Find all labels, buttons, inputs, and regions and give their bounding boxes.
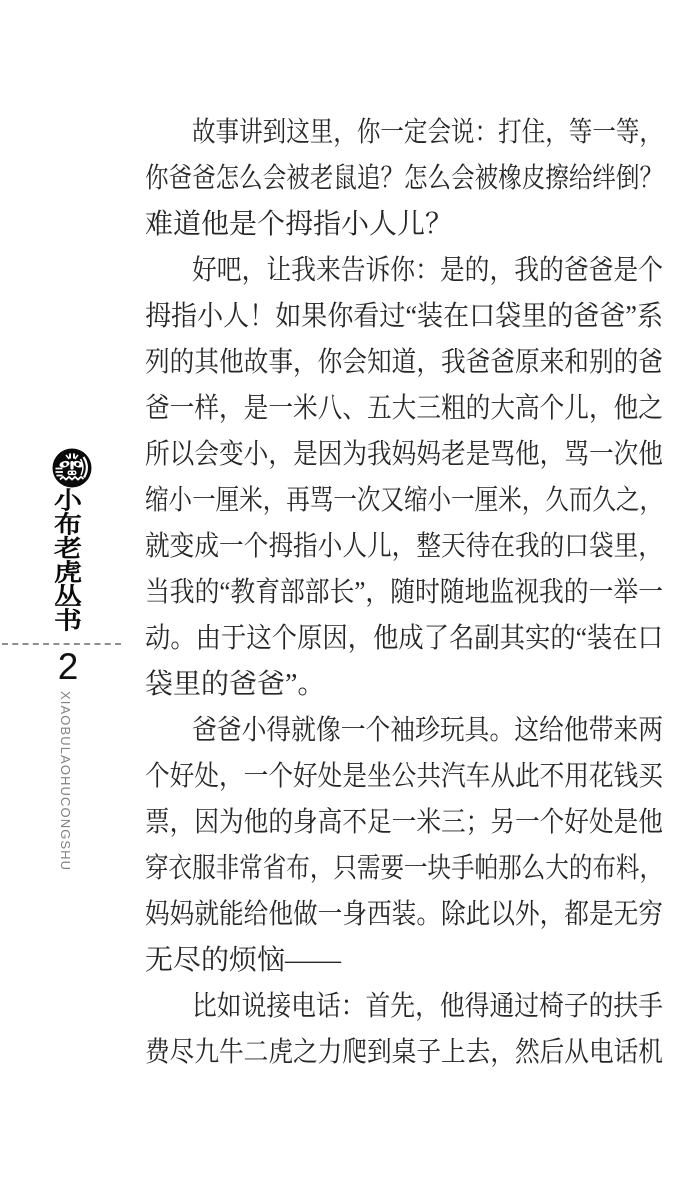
dashed-divider	[2, 643, 121, 645]
text-line: 缩小一厘米，再骂一次又缩小一厘米，久而久之，	[145, 478, 663, 524]
text-line: 穿衣服非常省布，只需要一块手帕那么大的布料，	[145, 846, 663, 892]
text-line: 费尽九牛二虎之力爬到桌子上去，然后从电话机	[145, 1030, 663, 1076]
series-title-char: 书	[42, 610, 94, 633]
series-title-char: 布	[42, 514, 94, 537]
series-romanized-title: XIAOBULAOHUCONGSHU	[58, 691, 73, 851]
text-line-content: 穿衣服非常省布，只需要一块手帕那么大的布料，	[145, 846, 663, 892]
text-line-content: 无尽的烦恼——	[145, 938, 341, 984]
text-line-content: 爸爸小得就像一个袖珍玩具。这给他带来两	[192, 708, 663, 754]
text-line: 个好处，一个好处是坐公共汽车从此不用花钱买	[145, 754, 663, 800]
text-line: 列的其他故事，你会知道，我爸爸原来和别的爸	[145, 340, 663, 386]
series-title-char: 小	[42, 490, 94, 513]
text-line-content: 袋里的爸爸”。	[145, 662, 325, 708]
text-line: 爸爸小得就像一个袖珍玩具。这给他带来两	[145, 708, 663, 754]
text-line: 票，因为他的身高不足一米三；另一个好处是他	[145, 800, 663, 846]
text-line-content: 费尽九牛二虎之力爬到桌子上去，然后从电话机	[145, 1030, 663, 1076]
text-line: 就变成一个拇指小人儿，整天待在我的口袋里，	[145, 524, 663, 570]
text-line: 当我的“教育部部长”，随时随地监视我的一举一	[145, 570, 663, 616]
tiger-stamp-icon	[52, 448, 92, 488]
text-line-content: 就变成一个拇指小人儿，整天待在我的口袋里，	[145, 524, 663, 570]
text-line: 妈妈就能给他做一身西装。除此以外，都是无穷	[145, 892, 663, 938]
text-line-content: 所以会变小，是因为我妈妈老是骂他，骂一次他	[145, 432, 663, 478]
text-line-content: 当我的“教育部部长”，随时随地监视我的一举一	[145, 570, 663, 616]
text-line: 袋里的爸爸”。	[145, 662, 663, 708]
text-line: 所以会变小，是因为我妈妈老是骂他，骂一次他	[145, 432, 663, 478]
book-page-text: 故事讲到这里，你一定会说：打住，等一等，你爸爸怎么会被老鼠追？怎么会被橡皮擦给绊…	[145, 110, 663, 1076]
text-line: 拇指小人！如果你看过“装在口袋里的爸爸”系	[145, 294, 663, 340]
text-line: 爸一样，是一米八、五大三粗的大高个儿，他之	[145, 386, 663, 432]
text-line-content: 难道他是个拇指小人儿？	[145, 202, 453, 248]
text-line-content: 你爸爸怎么会被老鼠追？怎么会被橡皮擦给绊倒？	[145, 156, 663, 202]
series-title-char: 虎	[42, 562, 94, 585]
series-title: 小布老虎丛书	[45, 489, 91, 633]
text-line-content: 列的其他故事，你会知道，我爸爸原来和别的爸	[145, 340, 663, 386]
page-number: 2	[0, 646, 136, 688]
text-line: 好吧，让我来告诉你：是的，我的爸爸是个	[145, 248, 663, 294]
text-line: 故事讲到这里，你一定会说：打住，等一等，	[145, 110, 663, 156]
text-line-content: 好吧，让我来告诉你：是的，我的爸爸是个	[192, 248, 663, 294]
text-line: 难道他是个拇指小人儿？	[145, 202, 663, 248]
text-line: 无尽的烦恼——	[145, 938, 663, 984]
series-title-char: 丛	[42, 586, 94, 609]
text-line-content: 缩小一厘米，再骂一次又缩小一厘米，久而久之，	[145, 478, 663, 524]
text-line-content: 动。由于这个原因，他成了名副其实的“装在口	[145, 616, 663, 662]
text-line-content: 爸一样，是一米八、五大三粗的大高个儿，他之	[145, 386, 663, 432]
text-line-content: 比如说接电话：首先，他得通过椅子的扶手	[192, 984, 663, 1030]
text-line: 你爸爸怎么会被老鼠追？怎么会被橡皮擦给绊倒？	[145, 156, 663, 202]
book-page: 小布老虎丛书 2 XIAOBULAOHUCONGSHU 故事讲到这里，你一定会说…	[0, 0, 700, 1185]
text-line-content: 票，因为他的身高不足一米三；另一个好处是他	[145, 800, 663, 846]
text-line-content: 个好处，一个好处是坐公共汽车从此不用花钱买	[145, 754, 663, 800]
text-line: 动。由于这个原因，他成了名副其实的“装在口	[145, 616, 663, 662]
text-line-content: 妈妈就能给他做一身西装。除此以外，都是无穷	[145, 892, 663, 938]
series-title-char: 老	[42, 538, 94, 561]
text-line: 比如说接电话：首先，他得通过椅子的扶手	[145, 984, 663, 1030]
text-line-content: 故事讲到这里，你一定会说：打住，等一等，	[192, 110, 663, 156]
text-line-content: 拇指小人！如果你看过“装在口袋里的爸爸”系	[145, 294, 663, 340]
sidebar: 小布老虎丛书 2 XIAOBULAOHUCONGSHU	[0, 0, 130, 1185]
